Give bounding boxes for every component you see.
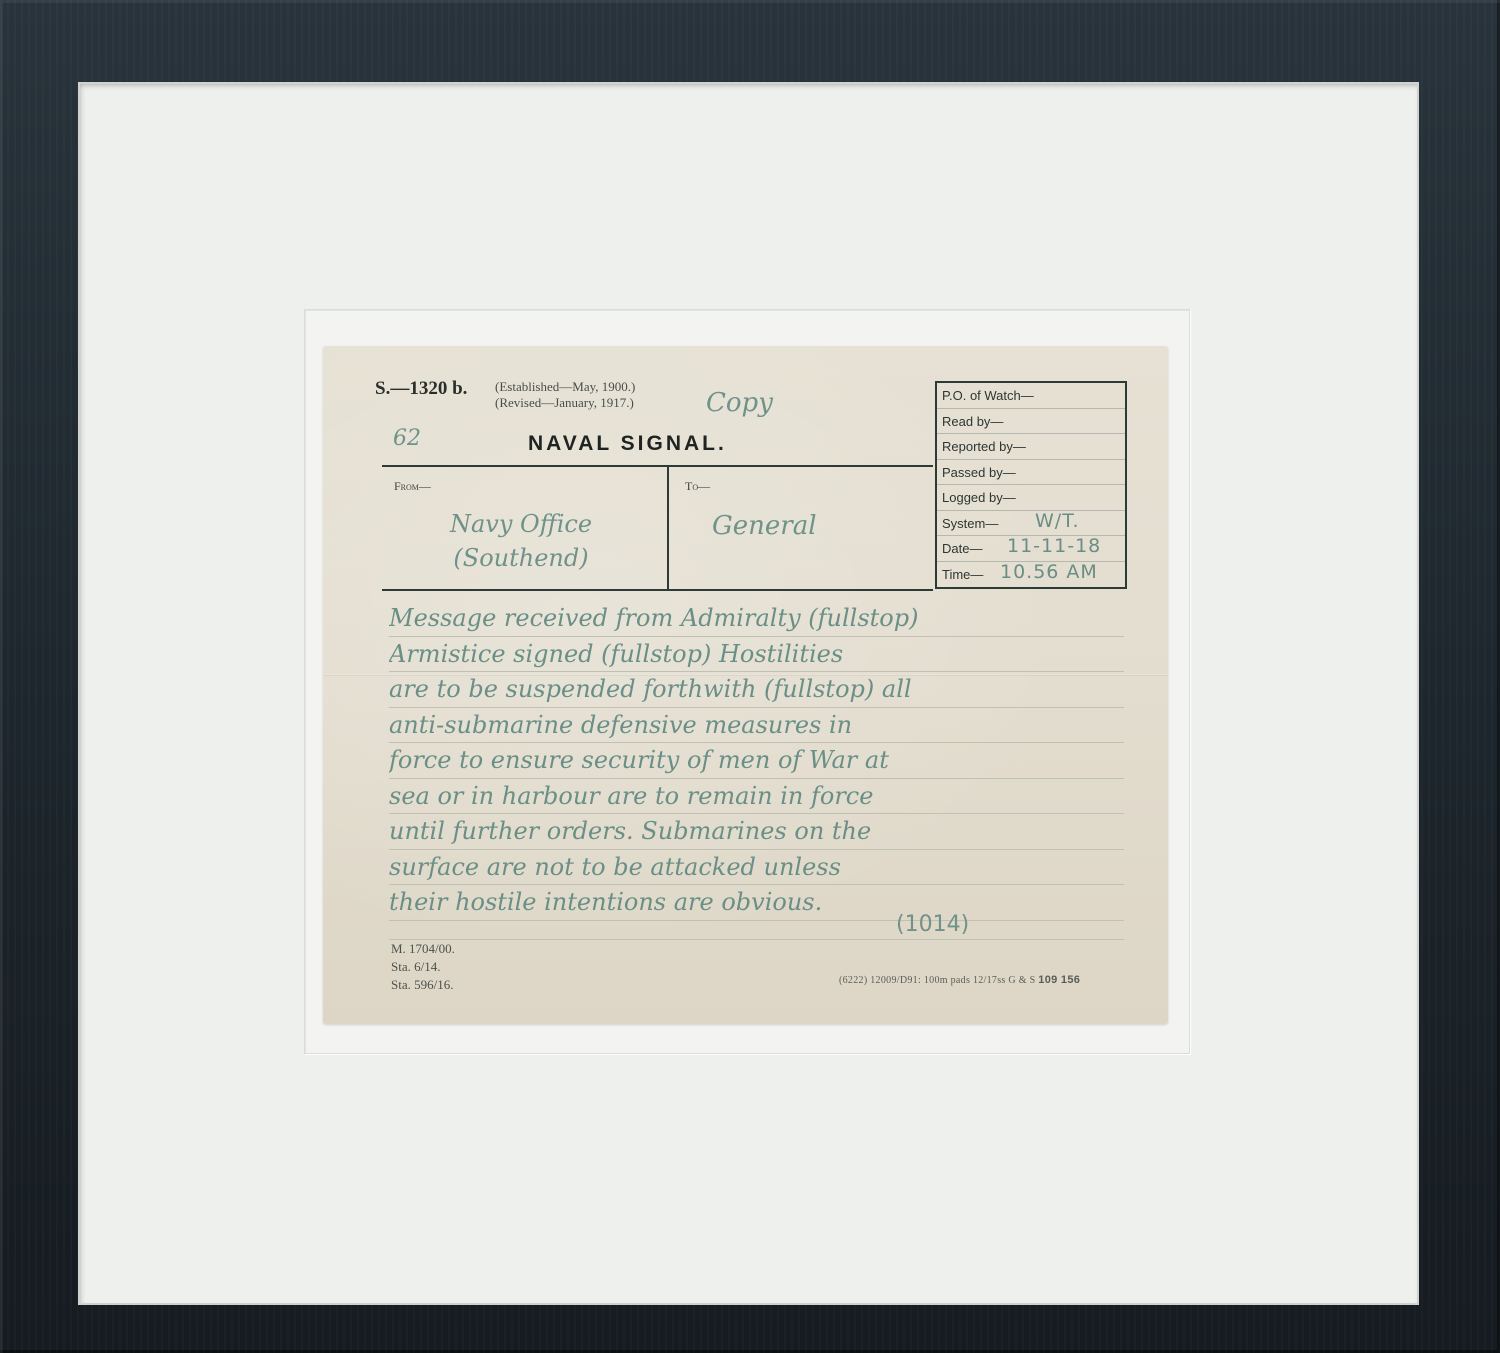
serial-number: 62 [393, 426, 421, 451]
watch-log-table: P.O. of Watch— Read by— Reported by— Pas… [935, 381, 1127, 589]
printer-imprint: (6222) 12009/D91: 100m pads 12/17ss G & … [839, 974, 1080, 986]
form-dates: (Established—May, 1900.) (Revised—Januar… [495, 379, 635, 411]
address-section: From— Navy Office (Southend) To— General [382, 465, 933, 591]
watch-row-read-by: Read by— [937, 409, 1125, 435]
system-value: W/T. [1035, 509, 1080, 534]
watch-label: Read by— [942, 414, 1003, 429]
print-codes: M. 1704/00. Sta. 6/14. Sta. 596/16. [391, 940, 455, 994]
print-code: Sta. 6/14. [391, 958, 455, 976]
from-label: From— [394, 479, 431, 494]
watch-label: Time— [942, 567, 983, 582]
revised-date: (Revised—January, 1917.) [495, 395, 635, 411]
document-title: NAVAL SIGNAL. [528, 432, 727, 456]
message-line: sea or in harbour are to remain in force [389, 779, 1124, 815]
watch-row-logged-by: Logged by— [937, 485, 1125, 511]
watch-label: Passed by— [942, 465, 1016, 480]
printer-imprint-text: (6222) 12009/D91: 100m pads 12/17ss G & … [839, 975, 1035, 986]
watch-label: Logged by— [942, 490, 1016, 505]
message-line: Message received from Admiralty (fullsto… [389, 601, 1124, 637]
message-line: are to be suspended forthwith (fullstop)… [389, 672, 1124, 708]
watch-label: Reported by— [942, 439, 1026, 454]
established-date: (Established—May, 1900.) [495, 379, 635, 395]
message-line: their hostile intentions are obvious. [389, 885, 1124, 921]
watch-row-date: Date—11-11-18 [937, 536, 1125, 562]
watch-row-passed-by: Passed by— [937, 460, 1125, 486]
naval-signal-document: S.—1320 b. (Established—May, 1900.) (Rev… [323, 346, 1168, 1024]
time-value: 10.56 AM [1000, 560, 1098, 585]
print-code: M. 1704/00. [391, 940, 455, 958]
ruled-line [389, 939, 1124, 940]
picture-frame: S.—1320 b. (Established—May, 1900.) (Rev… [0, 0, 1500, 1353]
message-line: Armistice signed (fullstop) Hostilities [389, 637, 1124, 673]
message-line: until further orders. Submarines on the [389, 814, 1124, 850]
message-line: surface are not to be attacked unless [389, 850, 1124, 886]
watch-row-po-of-watch: P.O. of Watch— [937, 383, 1125, 409]
watch-label: System— [942, 516, 998, 531]
printer-imprint-number: 109 156 [1038, 974, 1080, 986]
message-line: force to ensure security of men of War a… [389, 743, 1124, 779]
watch-row-time: Time—10.56 AM [937, 562, 1125, 588]
watch-label: P.O. of Watch— [942, 388, 1034, 403]
from-value-line2: (Southend) [406, 541, 636, 575]
watch-row-reported-by: Reported by— [937, 434, 1125, 460]
message-reference: (1014) [896, 912, 969, 937]
address-divider [667, 467, 669, 589]
print-code: Sta. 596/16. [391, 976, 455, 994]
form-code: S.—1320 b. [375, 378, 467, 400]
from-value: Navy Office (Southend) [406, 507, 636, 575]
from-value-line1: Navy Office [406, 507, 636, 541]
date-value: 11-11-18 [1007, 534, 1101, 559]
message-body: Message received from Admiralty (fullsto… [389, 601, 1124, 921]
watch-row-system: System—W/T. [937, 511, 1125, 537]
to-value: General [712, 511, 817, 541]
copy-annotation: Copy [706, 388, 773, 418]
message-line: anti-submarine defensive measures in [389, 708, 1124, 744]
to-label: To— [685, 479, 710, 494]
watch-label: Date— [942, 541, 982, 556]
